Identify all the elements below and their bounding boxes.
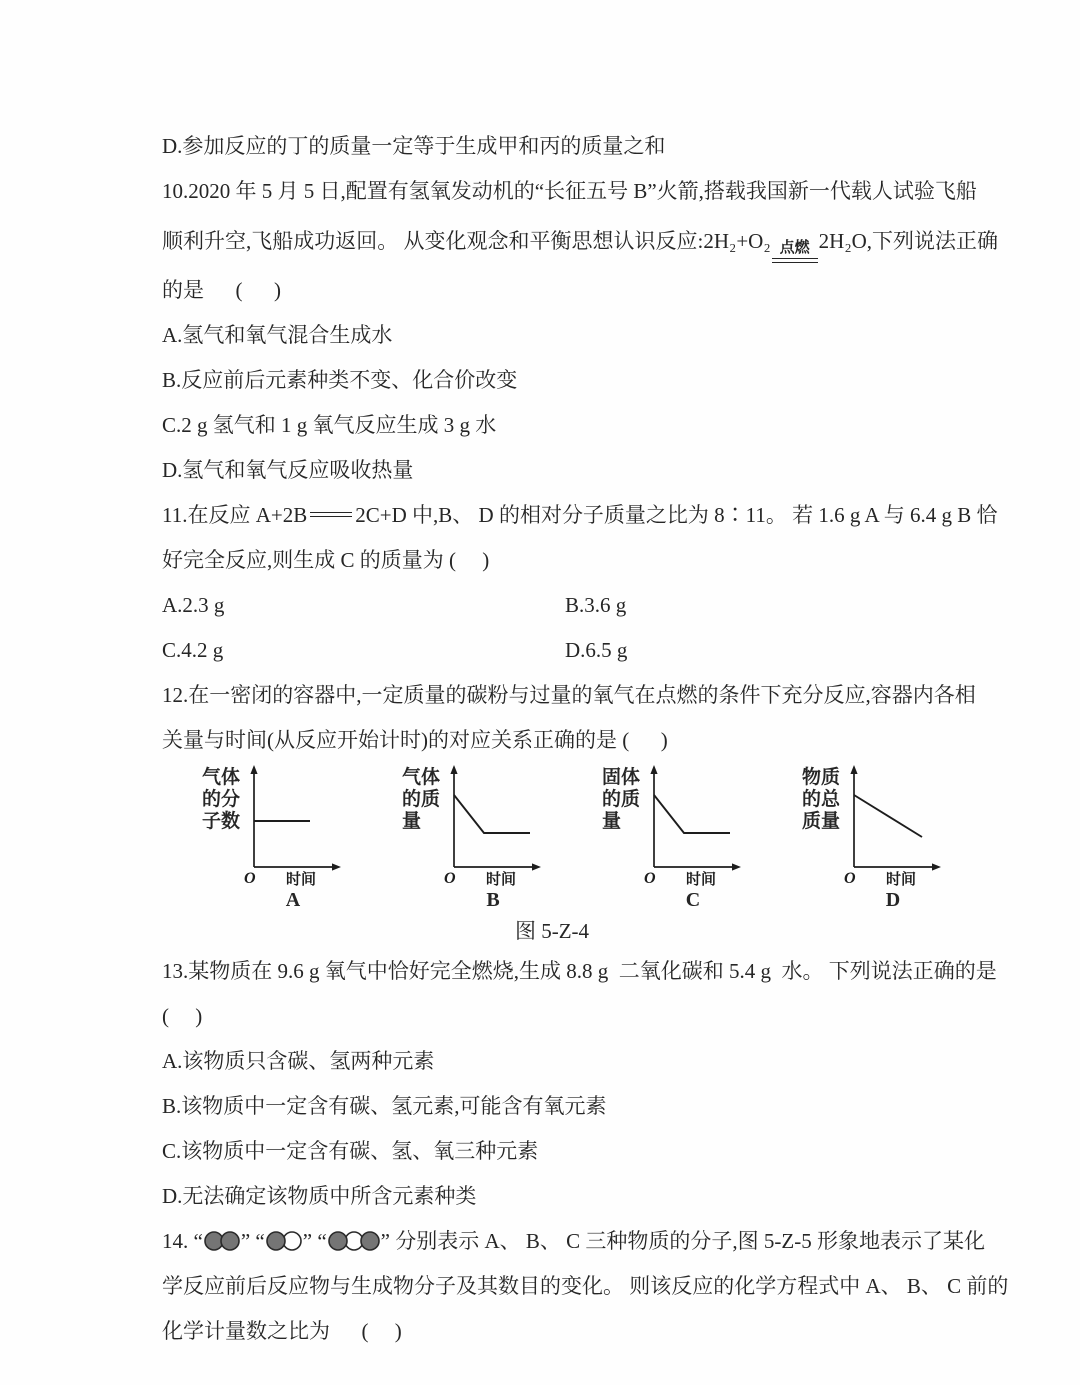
q9-option-d: D.参加反应的丁的质量一定等于生成甲和丙的质量之和	[162, 124, 942, 169]
q10-equation-right: 2H₂O,下列说法正确	[819, 229, 998, 253]
chart-option-a: 气体的分子数 O 时间 A	[202, 763, 344, 913]
condition-label: 点燃	[772, 240, 818, 256]
y-axis-arrow-icon	[450, 765, 457, 774]
q11-equation-right: 2C+D 中,B、 D 的相对分子质量之比为 8∶11。 若 1.6 g A 与…	[355, 503, 997, 527]
page-content: D.参加反应的丁的质量一定等于生成甲和丙的质量之和 10.2020 年 5 月 …	[0, 0, 1080, 1354]
x-axis-arrow-icon	[932, 863, 941, 870]
q11-stem-line1: 11.在反应 A+2B2C+D 中,B、 D 的相对分子质量之比为 8∶11。 …	[162, 493, 942, 538]
q13-option-a: A.该物质只含碳、氢两种元素	[162, 1039, 942, 1084]
x-axis-label: 时间	[286, 870, 316, 888]
chart-d-ylabel: 物质的总质量	[802, 763, 844, 889]
x-axis-arrow-icon	[732, 863, 741, 870]
chart-b-plot: O 时间	[444, 763, 544, 889]
data-line	[854, 795, 922, 837]
q10-option-b: B.反应前后元素种类不变、化合价改变	[162, 358, 942, 403]
y-axis-arrow-icon	[650, 765, 657, 774]
y-axis-arrow-icon	[250, 765, 257, 774]
q14-text-after-molecules: 分别表示 A、 B、 C 三种物质的分子,图 5-Z-5 形象地表示了某化	[390, 1229, 985, 1253]
origin-label: O	[644, 870, 656, 887]
x-axis-arrow-icon	[332, 863, 341, 870]
q10-stem-line2: 顺利升空,飞船成功返回。 从变化观念和平衡思想认识反应:2H₂+O₂点燃2H₂O…	[162, 214, 942, 268]
q10-option-a: A.氢气和氧气混合生成水	[162, 313, 942, 358]
q14-stem-line2: 学反应前后反应物与生成物分子及其数目的变化。 则该反应的化学方程式中 A、 B、…	[162, 1264, 942, 1309]
data-line	[454, 795, 530, 833]
chart-c-plot: O 时间	[644, 763, 744, 889]
x-axis-label: 时间	[486, 870, 516, 888]
q12-stem-line1: 12.在一密闭的容器中,一定质量的碳粉与过量的氧气在点燃的条件下充分反应,容器内…	[162, 673, 942, 718]
q13-option-b: B.该物质中一定含有碳、氢元素,可能含有氧元素	[162, 1084, 942, 1129]
q11-stem-line2: 好完全反应,则生成 C 的质量为 ( )	[162, 538, 942, 583]
x-axis-label: 时间	[886, 870, 916, 888]
q12-charts-figure: 气体的分子数 O 时间 A 气体的质量	[162, 763, 942, 913]
q10-stem-line1: 10.2020 年 5 月 5 日,配置有氢氧发动机的“长征五号 B”火箭,搭载…	[162, 169, 942, 214]
test-paper-page: D.参加反应的丁的质量一定等于生成甲和丙的质量之和 10.2020 年 5 月 …	[0, 0, 1080, 1385]
q10-stem-line3: 的是 ( )	[162, 268, 942, 313]
chart-c-ylabel: 固体的质量	[602, 763, 644, 889]
data-line	[654, 795, 730, 833]
q11-options-row1: A.2.3 gB.3.6 g	[162, 583, 942, 628]
chart-a-letter: A	[202, 889, 344, 913]
chart-d-plot: O 时间	[844, 763, 944, 889]
reaction-condition-stack: 点燃	[772, 240, 818, 263]
y-axis-arrow-icon	[850, 765, 857, 774]
molecule-a-icon	[203, 1229, 241, 1253]
equals-double-line-icon	[772, 258, 818, 263]
q10-equation-left: 顺利升空,飞船成功返回。 从变化观念和平衡思想认识反应:2H₂+O₂	[162, 229, 771, 253]
origin-label: O	[444, 870, 456, 887]
q11-option-b: B.3.6 g	[565, 593, 626, 617]
chart-b-letter: B	[402, 889, 544, 913]
molecule-b-icon	[265, 1229, 303, 1253]
q14-stem-line3: 化学计量数之比为 ( )	[162, 1309, 942, 1354]
figure-caption: 图 5-Z-4	[162, 913, 942, 949]
q10-option-c: C.2 g 氢气和 1 g 氧气反应生成 3 g 水	[162, 403, 942, 448]
chart-a-plot: O 时间	[244, 763, 344, 889]
molecule-c-icon	[327, 1229, 381, 1253]
chart-a-ylabel: 气体的分子数	[202, 763, 244, 889]
q13-stem-line2: ( )	[162, 994, 942, 1039]
chart-b-ylabel: 气体的质量	[402, 763, 444, 889]
x-axis-arrow-icon	[532, 863, 541, 870]
origin-label: O	[844, 870, 856, 887]
q14-number: 14.	[162, 1229, 194, 1253]
q10-option-d: D.氢气和氧气反应吸收热量	[162, 448, 942, 493]
q12-stem-line2: 关量与时间(从反应开始计时)的对应关系正确的是 ( )	[162, 718, 942, 763]
q11-option-a: A.2.3 g	[162, 583, 565, 628]
chart-c-letter: C	[602, 889, 744, 913]
q11-option-d: D.6.5 g	[565, 638, 627, 662]
chart-option-c: 固体的质量 O 时间 C	[602, 763, 744, 913]
chart-option-d: 物质的总质量 O 时间 D	[802, 763, 944, 913]
x-axis-label: 时间	[686, 870, 716, 888]
q11-option-c: C.4.2 g	[162, 628, 565, 673]
q11-options-row2: C.4.2 gD.6.5 g	[162, 628, 942, 673]
chart-d-letter: D	[802, 889, 944, 913]
q11-equation-left: 11.在反应 A+2B	[162, 503, 307, 527]
equals-double-line-icon	[310, 512, 352, 517]
chart-option-b: 气体的质量 O 时间 B	[402, 763, 544, 913]
q13-stem-line1: 13.某物质在 9.6 g 氧气中恰好完全燃烧,生成 8.8 g 二氧化碳和 5…	[162, 949, 942, 994]
q13-option-c: C.该物质中一定含有碳、氢、氧三种元素	[162, 1129, 942, 1174]
origin-label: O	[244, 870, 256, 887]
q14-stem-line1: 14. “” “” “” 分别表示 A、 B、 C 三种物质的分子,图 5-Z-…	[162, 1219, 942, 1264]
q13-option-d: D.无法确定该物质中所含元素种类	[162, 1174, 942, 1219]
